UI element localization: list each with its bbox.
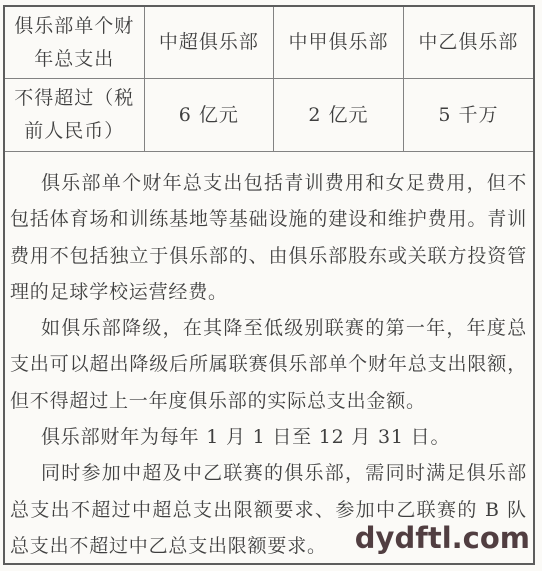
table-limits-row: 不得超过（税 前人民币） 6 亿元 2 亿元 5 千万 — [5, 79, 533, 152]
paragraph-relegation-rule: 如俱乐部降级，在其降至低级别联赛的第一年，年度总支出可以超出降级后所属联赛俱乐部… — [10, 310, 527, 419]
document-border-box: 俱乐部单个财 年总支出 中超俱乐部 中甲俱乐部 中乙俱乐部 不得超过（税 前人民… — [3, 5, 535, 565]
spending-limit-table: 俱乐部单个财 年总支出 中超俱乐部 中甲俱乐部 中乙俱乐部 不得超过（税 前人民… — [5, 7, 533, 152]
paragraph-spend-scope: 俱乐部单个财年总支出包括青训费用和女足费用，但不包括体育场和训练基地等基础设施的… — [10, 165, 527, 310]
cell-total-spend-label: 俱乐部单个财 年总支出 — [5, 7, 144, 79]
document-page: 俱乐部单个财 年总支出 中超俱乐部 中甲俱乐部 中乙俱乐部 不得超过（税 前人民… — [0, 0, 542, 571]
cell-limit-label: 不得超过（税 前人民币） — [5, 79, 144, 152]
cell-league-two-limit: 5 千万 — [403, 79, 533, 152]
cell-league-one-limit: 2 亿元 — [274, 79, 404, 152]
table-header-row: 俱乐部单个财 年总支出 中超俱乐部 中甲俱乐部 中乙俱乐部 — [5, 7, 533, 79]
document-body-text: 俱乐部单个财年总支出包括青训费用和女足费用，但不包括体育场和训练基地等基础设施的… — [5, 152, 533, 564]
paragraph-fiscal-year: 俱乐部财年为每年 1 月 1 日至 12 月 31 日。 — [10, 419, 527, 455]
cell-csl-header: 中超俱乐部 — [144, 7, 274, 79]
cell-league-one-header: 中甲俱乐部 — [274, 7, 404, 79]
watermark: dydftl.com — [355, 521, 530, 555]
cell-league-two-header: 中乙俱乐部 — [403, 7, 533, 79]
cell-csl-limit: 6 亿元 — [144, 79, 274, 152]
